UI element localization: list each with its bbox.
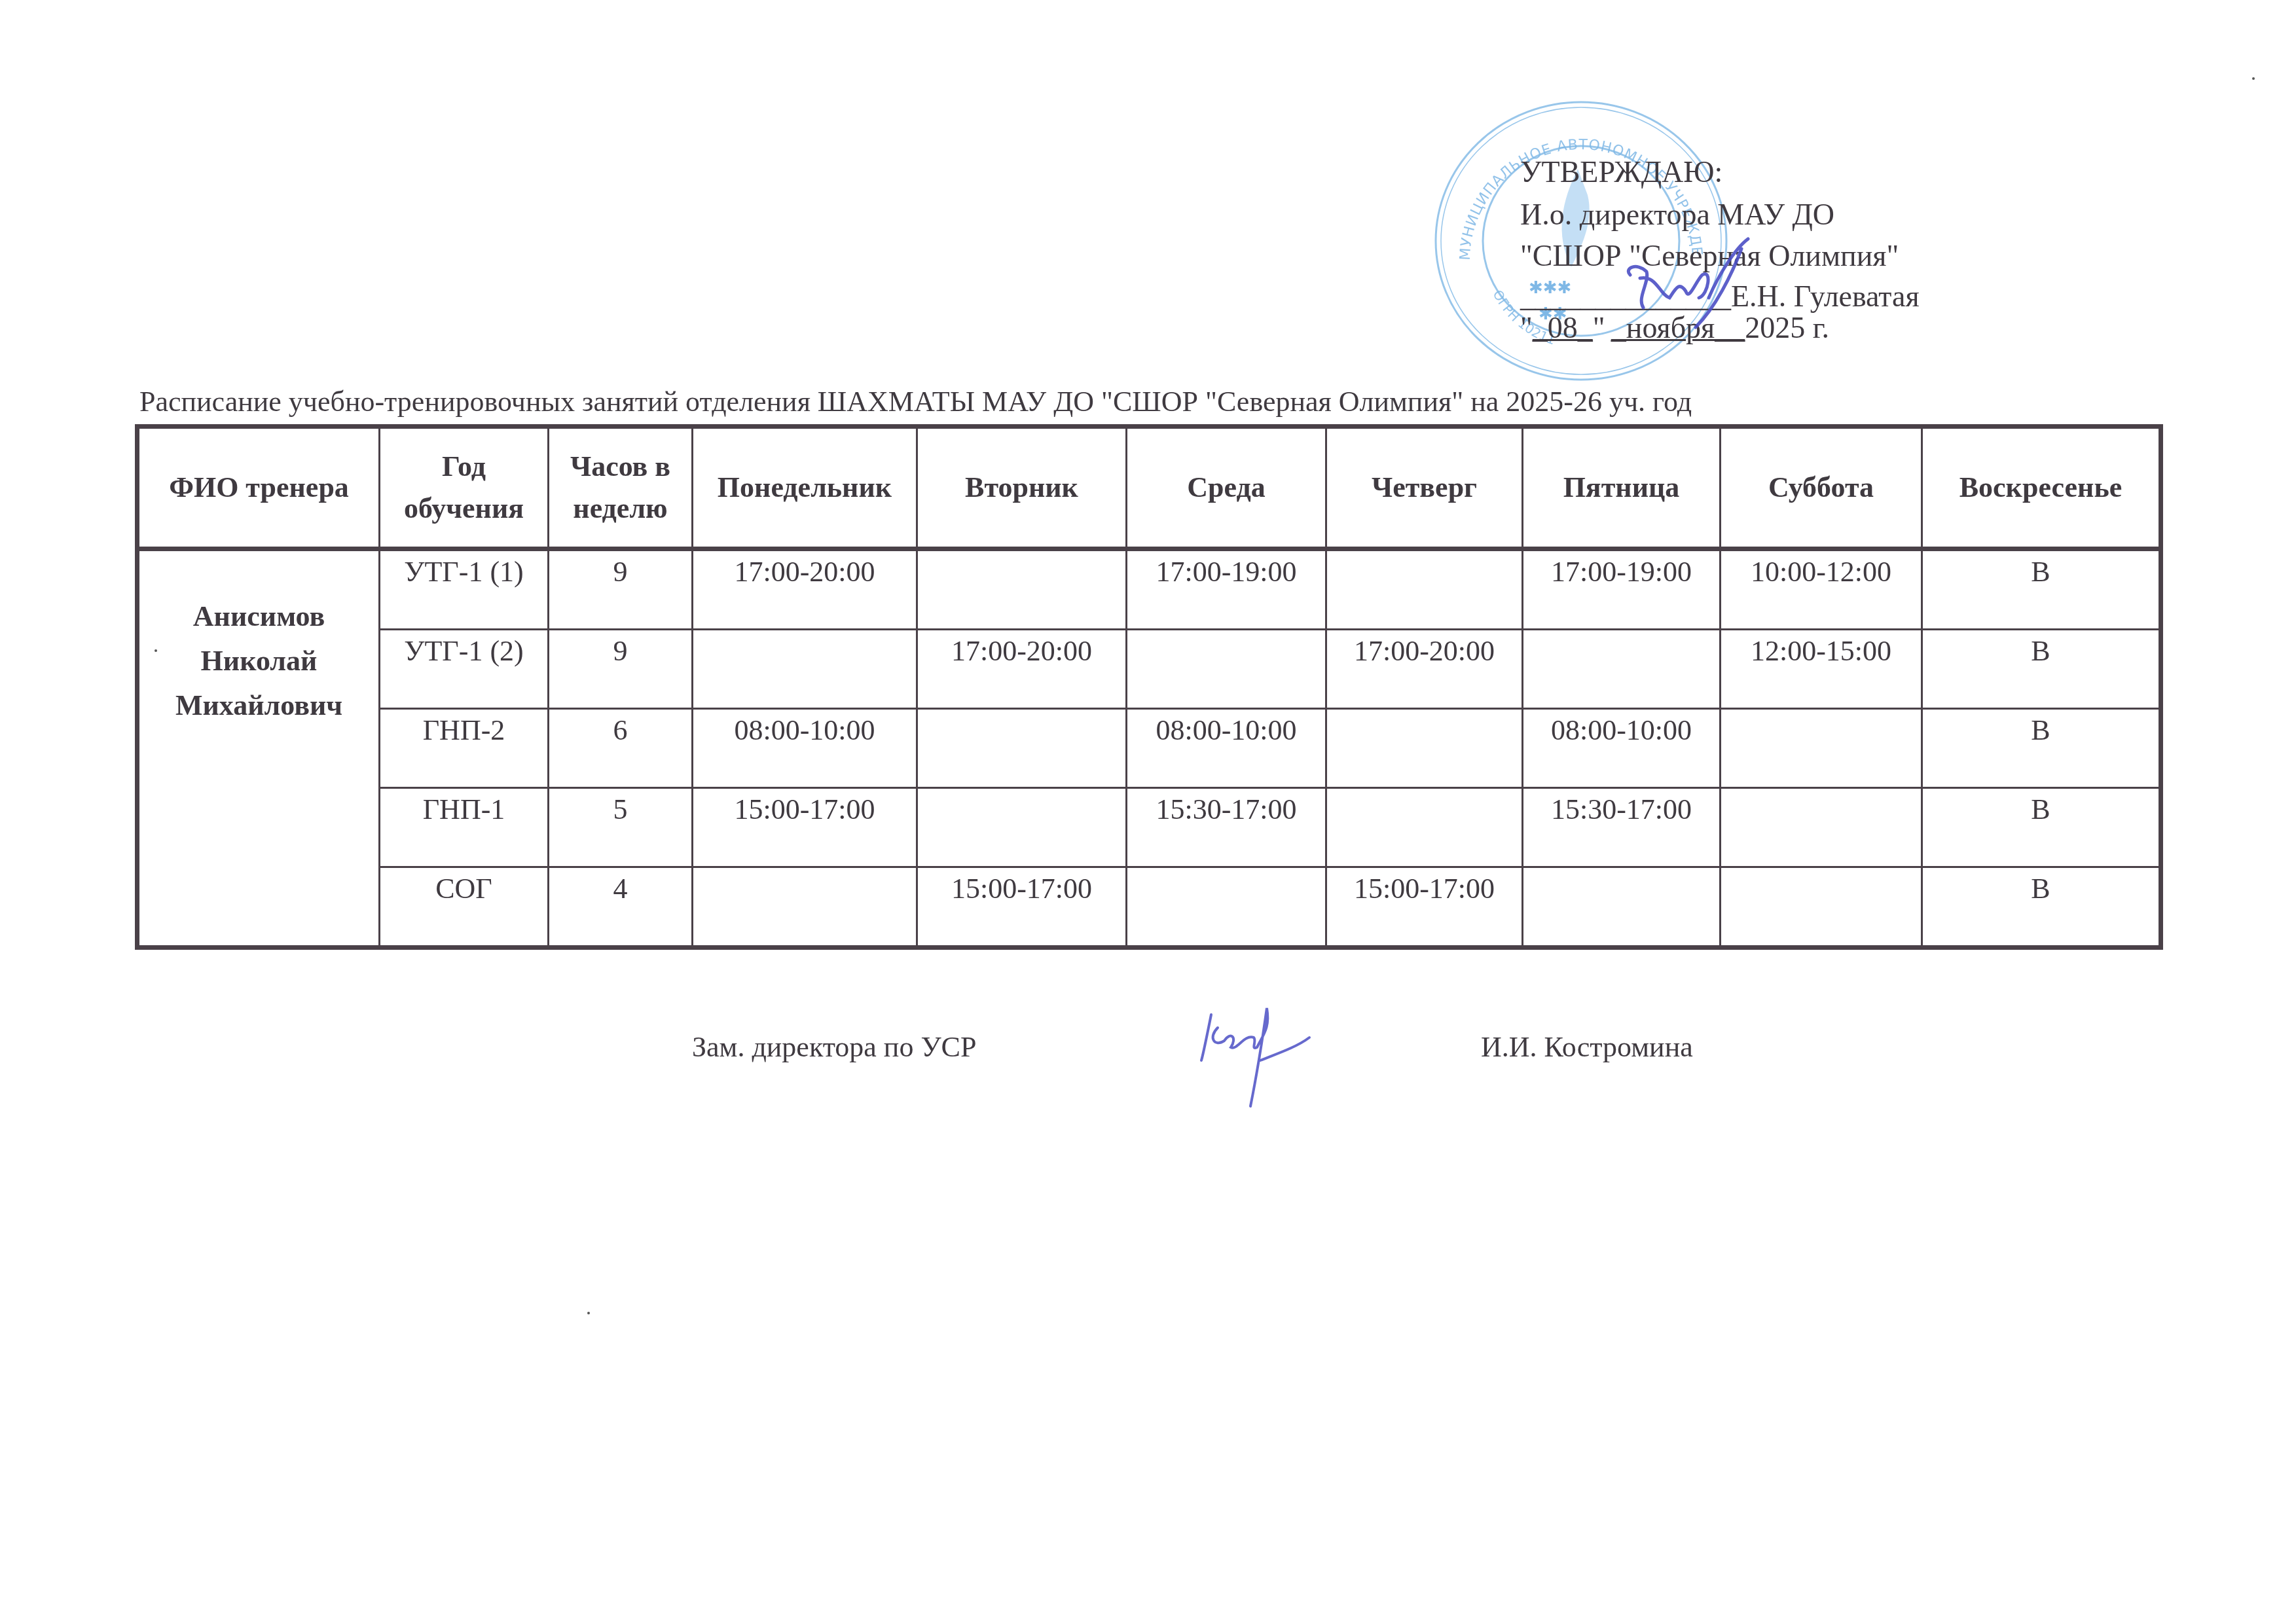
- schedule-cell: 17:00-20:00: [917, 630, 1127, 709]
- schedule-cell: [1721, 709, 1922, 788]
- schedule-table: ФИО тренера Год обучения Часов в неделю …: [135, 424, 2163, 950]
- schedule-cell: 15:00-17:00: [917, 867, 1127, 948]
- table-row: СОГ415:00-17:0015:00-17:00В: [137, 867, 2161, 948]
- director-signature: [1611, 236, 1761, 334]
- schedule-cell: В: [1922, 788, 2161, 867]
- hours-cell: 6: [549, 709, 693, 788]
- schedule-cell: [1326, 549, 1523, 630]
- header-hours: Часов в неделю: [549, 427, 693, 549]
- header-tuesday: Вторник: [917, 427, 1127, 549]
- schedule-cell: 10:00-12:00: [1721, 549, 1922, 630]
- approval-heading: УТВЕРЖДАЮ:: [1520, 157, 1722, 187]
- schedule-cell: 15:00-17:00: [1326, 867, 1523, 948]
- table-row: АнисимовНиколайМихайловичУТГ-1 (1)917:00…: [137, 549, 2161, 630]
- schedule-cell: 08:00-10:00: [693, 709, 917, 788]
- header-friday: Пятница: [1523, 427, 1721, 549]
- scan-speck: [155, 649, 157, 652]
- schedule-cell: В: [1922, 709, 2161, 788]
- hours-cell: 5: [549, 788, 693, 867]
- group-cell: УТГ-1 (2): [380, 630, 549, 709]
- coach-name-part: Михайлович: [139, 683, 378, 728]
- header-sunday: Воскресенье: [1922, 427, 2161, 549]
- schedule-cell: 08:00-10:00: [1523, 709, 1721, 788]
- schedule-cell: [1127, 867, 1326, 948]
- schedule-cell: [917, 709, 1127, 788]
- schedule-cell: В: [1922, 549, 2161, 630]
- header-thursday: Четверг: [1326, 427, 1523, 549]
- deputy-signature: [1192, 1001, 1362, 1113]
- header-year: Год обучения: [380, 427, 549, 549]
- date-quote-close: ": [1593, 311, 1605, 344]
- schedule-cell: [1127, 630, 1326, 709]
- schedule-cell: 17:00-19:00: [1523, 549, 1721, 630]
- scan-speck: [587, 1312, 590, 1314]
- schedule-cell: 12:00-15:00: [1721, 630, 1922, 709]
- schedule-cell: 17:00-19:00: [1127, 549, 1326, 630]
- schedule-cell: В: [1922, 867, 2161, 948]
- group-cell: СОГ: [380, 867, 549, 948]
- schedule-cell: [693, 867, 917, 948]
- table-row: УТГ-1 (2)917:00-20:0017:00-20:0012:00-15…: [137, 630, 2161, 709]
- footer-signer: И.И. Костромина: [1481, 1030, 1693, 1064]
- scan-speck: [2252, 77, 2255, 80]
- schedule-cell: [917, 549, 1127, 630]
- schedule-cell: 17:00-20:00: [1326, 630, 1523, 709]
- schedule-cell: 15:00-17:00: [693, 788, 917, 867]
- schedule-cell: [1523, 630, 1721, 709]
- group-cell: ГНП-1: [380, 788, 549, 867]
- schedule-cell: [1721, 867, 1922, 948]
- schedule-cell: [1523, 867, 1721, 948]
- schedule-cell: 08:00-10:00: [1127, 709, 1326, 788]
- schedule-cell: [1721, 788, 1922, 867]
- footer-position: Зам. директора по УСР: [692, 1030, 976, 1064]
- schedule-cell: В: [1922, 630, 2161, 709]
- group-cell: ГНП-2: [380, 709, 549, 788]
- header-saturday: Суббота: [1721, 427, 1922, 549]
- schedule-caption: Расписание учебно-тренировочных занятий …: [139, 385, 1692, 418]
- schedule-cell: [1326, 788, 1523, 867]
- hours-cell: 9: [549, 630, 693, 709]
- coach-name: АнисимовНиколайМихайлович: [137, 549, 380, 948]
- header-coach: ФИО тренера: [137, 427, 380, 549]
- schedule-cell: [1326, 709, 1523, 788]
- table-row: ГНП-2608:00-10:0008:00-10:0008:00-10:00В: [137, 709, 2161, 788]
- group-cell: УТГ-1 (1): [380, 549, 549, 630]
- date-day: _08_: [1533, 311, 1593, 344]
- approval-position: И.о. директора МАУ ДО: [1520, 200, 1834, 230]
- header-wednesday: Среда: [1127, 427, 1326, 549]
- schedule-cell: [917, 788, 1127, 867]
- schedule-cell: 17:00-20:00: [693, 549, 917, 630]
- hours-cell: 4: [549, 867, 693, 948]
- hours-cell: 9: [549, 549, 693, 630]
- date-quote-open: ": [1520, 311, 1533, 344]
- table-row: ГНП-1515:00-17:0015:30-17:0015:30-17:00В: [137, 788, 2161, 867]
- coach-name-part: Николай: [139, 639, 378, 683]
- schedule-cell: [693, 630, 917, 709]
- header-monday: Понедельник: [693, 427, 917, 549]
- schedule-cell: 15:30-17:00: [1127, 788, 1326, 867]
- coach-name-part: Анисимов: [139, 594, 378, 639]
- schedule-cell: 15:30-17:00: [1523, 788, 1721, 867]
- header-row: ФИО тренера Год обучения Часов в неделю …: [137, 427, 2161, 549]
